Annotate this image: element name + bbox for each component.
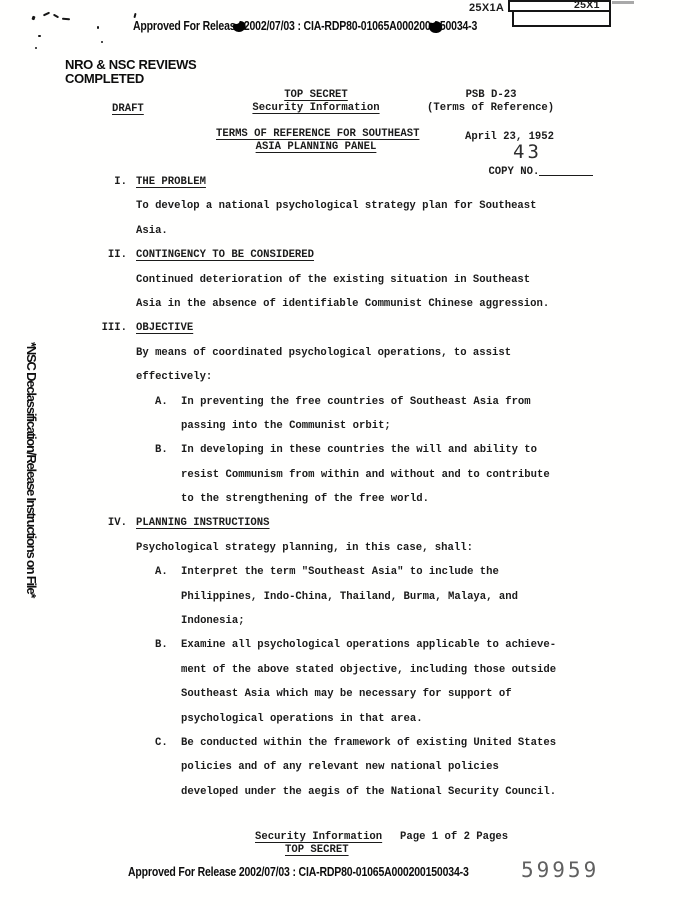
doc-line: Asia. (0, 225, 700, 249)
doc-text: Interpret the term "Southeast Asia" to i… (181, 566, 499, 578)
doc-line: resist Communism from within and without… (0, 469, 700, 493)
pen-mark (38, 35, 41, 37)
redaction-box-label: 25X1 (574, 0, 600, 11)
pen-mark (133, 13, 136, 18)
review-stamp-line: COMPLETED (65, 72, 196, 86)
doc-title-line1: TERMS OF REFERENCE FOR SOUTHEAST (216, 128, 416, 140)
doc-line: passing into the Communist orbit; (0, 420, 700, 444)
doc-text: To develop a national psychological stra… (136, 200, 537, 212)
pen-mark (43, 12, 50, 17)
footer-page-info: Page 1 of 2 Pages (400, 831, 508, 843)
pen-mark (35, 47, 37, 49)
item-letter: C. (155, 737, 168, 750)
doc-line: By means of coordinated psychological op… (0, 347, 700, 371)
ref-number: PSB D-23 (427, 89, 555, 101)
pen-mark (97, 26, 99, 29)
doc-line: to the strengthening of the free world. (0, 493, 700, 517)
item-letter: A. (155, 396, 168, 409)
doc-line: Indonesia; (0, 615, 700, 639)
footer-classification: TOP SECRET (285, 844, 349, 856)
item-letter: B. (155, 639, 168, 652)
section-numeral: IV. (70, 517, 127, 530)
doc-line: Continued deterioration of the existing … (0, 274, 700, 298)
doc-text: Psychological strategy planning, in this… (136, 542, 473, 554)
footer-security-info: Security Information (255, 831, 382, 843)
doc-line: A.Interpret the term "Southeast Asia" to… (0, 566, 700, 590)
serial-stamp: 59959 (521, 858, 599, 882)
review-stamp: NRO & NSC REVIEWS COMPLETED (65, 58, 196, 85)
doc-text: resist Communism from within and without… (181, 469, 550, 481)
pen-mark (31, 16, 35, 21)
doc-text: Asia. (136, 225, 168, 237)
review-stamp-line: NRO & NSC REVIEWS (65, 58, 196, 72)
doc-line: Asia in the absence of identifiable Comm… (0, 298, 700, 322)
doc-text: psychological operations in that area. (181, 713, 423, 725)
doc-line: developed under the aegis of the Nationa… (0, 786, 700, 810)
doc-line: To develop a national psychological stra… (0, 200, 700, 224)
doc-line: B.In developing in these countries the w… (0, 444, 700, 468)
section-heading: THE PROBLEM (136, 176, 206, 188)
release-stamp-bottom: Approved For Release 2002/07/03 : CIA-RD… (128, 865, 534, 879)
doc-text: Examine all psychological operations app… (181, 639, 556, 651)
section-heading-line: I.THE PROBLEM (0, 176, 700, 200)
doc-text: Indonesia; (181, 615, 245, 627)
doc-line: psychological operations in that area. (0, 713, 700, 737)
section-heading-line: II.CONTINGENCY TO BE CONSIDERED (0, 249, 700, 273)
release-text-segment: 2002/07/03 : CIA-RDP80-01065A000200 (244, 19, 431, 33)
section-heading-line: III.OBJECTIVE (0, 322, 700, 346)
item-letter: A. (155, 566, 168, 579)
doc-line: Philippines, Indo-China, Thailand, Burma… (0, 591, 700, 615)
doc-title-line2: ASIA PLANNING PANEL (216, 141, 416, 153)
scanned-document-page: Approved For Releas2002/07/03 : CIA-RDP8… (0, 0, 700, 906)
marginalia-25x1a: 25X1A (469, 2, 504, 14)
doc-text: effectively: (136, 371, 212, 383)
section-heading: OBJECTIVE (136, 322, 193, 334)
doc-line: Psychological strategy planning, in this… (0, 542, 700, 566)
doc-line: Southeast Asia which may be necessary fo… (0, 688, 700, 712)
doc-line: ment of the above stated objective, incl… (0, 664, 700, 688)
classification-top: TOP SECRET (216, 89, 416, 101)
doc-text: Philippines, Indo-China, Thailand, Burma… (181, 591, 518, 603)
doc-body: I.THE PROBLEMTo develop a national psych… (0, 176, 700, 810)
doc-text: ment of the above stated objective, incl… (181, 664, 556, 676)
draft-label: DRAFT (112, 103, 144, 115)
doc-text: to the strengthening of the free world. (181, 493, 429, 505)
section-numeral: II. (70, 249, 127, 262)
doc-text: By means of coordinated psychological op… (136, 347, 511, 359)
doc-line: effectively: (0, 371, 700, 395)
doc-text: passing into the Communist orbit; (181, 420, 391, 432)
copy-no-value: 43 (513, 141, 542, 163)
section-heading: CONTINGENCY TO BE CONSIDERED (136, 249, 314, 261)
section-heading: PLANNING INSTRUCTIONS (136, 517, 270, 529)
doc-text: Be conducted within the framework of exi… (181, 737, 556, 749)
redaction-box (512, 10, 611, 27)
section-numeral: I. (70, 176, 127, 189)
release-text: Approved For Release 2002/07/03 : CIA-RD… (128, 865, 469, 879)
release-stamp-top: Approved For Releas2002/07/03 : CIA-RDP8… (133, 19, 543, 33)
doc-text: Asia in the absence of identifiable Comm… (136, 298, 549, 310)
doc-line: A.In preventing the free countries of So… (0, 396, 700, 420)
copy-no-rule (539, 164, 593, 176)
doc-text: In preventing the free countries of Sout… (181, 396, 531, 408)
section-numeral: III. (70, 322, 127, 335)
release-text-segment: 50034-3 (440, 19, 477, 33)
doc-text: policies and of any relevant new nationa… (181, 761, 499, 773)
release-text-segment: Approved For Releas (133, 19, 235, 33)
doc-text: Continued deterioration of the existing … (136, 274, 530, 286)
pen-mark (101, 41, 103, 43)
doc-text: developed under the aegis of the Nationa… (181, 786, 556, 798)
ref-note: (Terms of Reference) (427, 102, 554, 114)
scan-edge-mark (612, 1, 634, 4)
section-heading-line: IV.PLANNING INSTRUCTIONS (0, 517, 700, 541)
item-letter: B. (155, 444, 168, 457)
doc-line: B.Examine all psychological operations a… (0, 639, 700, 663)
doc-text: In developing in these countries the wil… (181, 444, 537, 456)
ink-blob (429, 21, 442, 33)
doc-text: Southeast Asia which may be necessary fo… (181, 688, 512, 700)
doc-line: policies and of any relevant new nationa… (0, 761, 700, 785)
pen-mark (62, 18, 70, 21)
pen-mark (53, 14, 59, 19)
security-info-top: Security Information (216, 102, 416, 114)
doc-line: C.Be conducted within the framework of e… (0, 737, 700, 761)
